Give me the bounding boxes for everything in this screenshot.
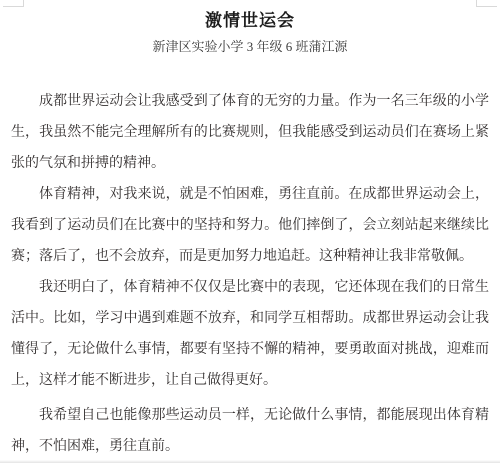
page-corner-mark-top-right	[476, 0, 497, 7]
paragraph: 我还明白了，体育精神不仅仅是比赛中的表现，它还体现在我们的日常生活中。比如，学习…	[11, 272, 489, 396]
document-page: 激情世运会 新津区实验小学 3 年级 6 班蒲江源 成都世界运动会让我感受到了体…	[0, 0, 500, 463]
paragraph: 体育精神，对我来说，就是不怕困难，勇往直前。在成都世界运动会上，我看到了运动员们…	[11, 179, 489, 272]
byline: 新津区实验小学 3 年级 6 班蒲江源	[0, 38, 500, 56]
paragraph: 我希望自己也能像那些运动员一样，无论做什么事情，都能展现出体育精神，不怕困难，勇…	[11, 400, 489, 462]
essay-body: 成都世界运动会让我感受到了体育的无穷的力量。作为一名三年级的小学生，我虽然不能完…	[11, 86, 489, 462]
page-corner-mark-top-left	[3, 0, 24, 7]
page-title: 激情世运会	[0, 10, 500, 32]
paragraph: 成都世界运动会让我感受到了体育的无穷的力量。作为一名三年级的小学生，我虽然不能完…	[11, 86, 489, 179]
